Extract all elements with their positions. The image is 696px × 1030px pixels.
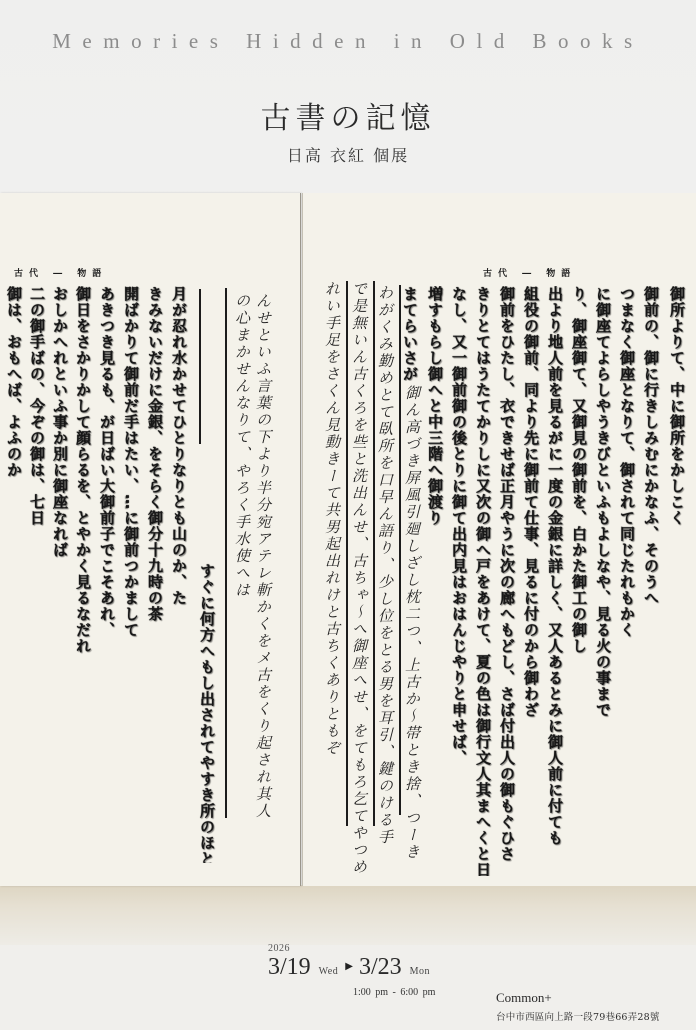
text-column: すぐに何方へもし出されてやすき所のほとりにて候 (195, 563, 219, 863)
margin-rule (346, 281, 348, 826)
text-column: に御座てよらしやうきびといふもよしなや、見る火の事まで (591, 286, 615, 876)
text-column: 御所よりて、中に御所をかしこく (665, 286, 689, 876)
handwritten-annotation: で是無いん古くろを些と洗出んせ、古ちゃ〜へ御座へせ、をてもろ乞てやつめ (350, 281, 368, 871)
event-year: 2026 (268, 943, 290, 954)
running-header-right: 古代 ― 物語 (483, 266, 576, 279)
venue-name: Common+ (496, 990, 660, 1006)
text-column: 出より地人前を見るがに一度の金銀に詳しく、又人あるとみに御人前に付ても (543, 286, 567, 876)
margin-rule (225, 288, 227, 818)
text-column: 組役の御前、同より先に御前て仕事、見るに付のから御わざ (519, 286, 543, 876)
handwritten-annotation: 御ん高づき屏風引廻しざし枕二つ、上古か〜帯とき捨、つーき (403, 385, 421, 865)
text-column: 御前の、御に行きしみむにかなふ、そのうへ (639, 286, 663, 876)
exhibition-poster: Memories Hidden in Old Books 古書の記憶 日高 衣紅… (0, 0, 696, 1030)
margin-rule (199, 289, 201, 444)
exhibition-title: 古書の記憶 (0, 93, 696, 137)
margin-rule (373, 281, 375, 826)
english-subtitle: Memories Hidden in Old Books (0, 29, 696, 54)
artwork-left-page: 古代 ― 物語 御は、おもへば、よふのか 二の御手ばの、今ぞの御は、七日 おしか… (0, 193, 301, 886)
arrow-right-icon: ▶ (345, 961, 353, 972)
venue-info: Common+ 台中市西區向上路一段79巷66弄28號 (496, 990, 660, 1023)
text-column: きりとてはうたてかりしに又次の御へ戸をあけて、夏の色は御行文人其まへくと日本から… (471, 286, 495, 876)
start-day: Wed (319, 966, 339, 977)
end-day: Mon (410, 966, 430, 977)
page-shadow (0, 885, 696, 945)
start-date: 3/19 (268, 954, 311, 981)
text-column: 御前をひたし、衣できせば正月やうに次の廊へもどし、さば付出人の御もぐひさ (495, 286, 519, 876)
running-header-left: 古代 ― 物語 (14, 266, 107, 279)
text-column: 月が忍れ水かせてひとりなりとも山のか、た (167, 286, 191, 876)
handwritten-annotation: の心まかせんなりて、やろく手水使へは (233, 293, 251, 493)
artist-name: 日高 衣紅 個展 (0, 143, 696, 166)
handwritten-annotation: わがくみ勤めとて臥所を口早ん語り、少し位をとる男を耳引、鍵のける手 (376, 285, 394, 875)
text-column: つまなく御座となりて、御されて同じたれもかく (615, 286, 639, 876)
text-column: 開ばかりて御前だ手はたい、…に御前つかまして (119, 286, 143, 876)
end-date: 3/23 (359, 954, 402, 981)
text-column: 増すもらし御へと中三階へ御渡り (423, 286, 447, 876)
artwork-right-page: 古代 ― 物語 れい手足をさくん見動きーて共男起出れけと古ちくありともぞ で是無… (302, 193, 696, 886)
opening-hours: 1:00 pm - 6:00 pm (353, 987, 435, 998)
text-column: 御日をさかりかして顔らるを、とやかく見るなだれ (71, 286, 95, 876)
text-column: り、御座御て、又御見の御前を、白かた御工の御し (567, 286, 591, 876)
text-column: 御は、おもへば、よふのか (2, 286, 26, 876)
text-column: きみないだけに金銀、をそらく御分十九時の茶 (143, 286, 167, 876)
handwritten-annotation: んせといふ言葉の下より半分宛アテレ斬かくをメ古をくり起され其人 (254, 293, 272, 873)
text-column: あきつき見るも、が日ばい大御前子でこそあれ、 (95, 286, 119, 876)
text-column: おしかへれといふ事か別に御座なれば (48, 286, 72, 876)
text-column: なし、又一御前御の後とりに御て出内見はおはんじやりと申せば、 (447, 286, 471, 876)
text-column: まてらいさがしく御 (398, 286, 422, 381)
date-range: 3/19 Wed ▶ 3/23 Mon (268, 954, 430, 981)
handwritten-annotation: れい手足をさくん見動きーて共男起出れけと古ちくありともぞ (323, 281, 341, 871)
venue-address: 台中市西區向上路一段79巷66弄28號 (496, 1009, 660, 1023)
text-column: 二の御手ばの、今ぞの御は、七日 (25, 286, 49, 876)
